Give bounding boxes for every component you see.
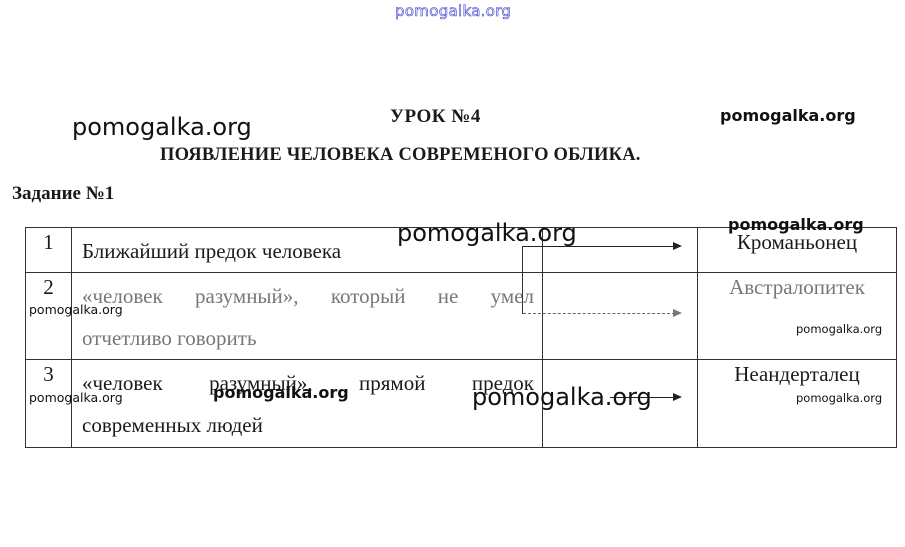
answer-cell: Австралопитек xyxy=(698,273,897,360)
watermark-header-right: pomogalka.org xyxy=(720,106,856,125)
watermark-header-left: pomogalka.org xyxy=(72,113,252,141)
description-line: современных людей xyxy=(82,404,534,446)
watermark-row2-left: pomogalka.org xyxy=(29,302,123,317)
row-description: «человек разумный», который не умел отче… xyxy=(72,273,543,360)
task-heading: Задание №1 xyxy=(12,183,114,205)
description-line: Ближайший предок человека xyxy=(82,239,341,263)
watermark-row3-center: pomogalka.org xyxy=(472,383,652,411)
lesson-title: УРОК №4 xyxy=(390,106,481,128)
answer-cell: Кроманьонец xyxy=(698,228,897,273)
watermark-row2-right: pomogalka.org xyxy=(796,322,882,336)
row-number: 1 xyxy=(26,228,72,273)
arrow-row2-icon xyxy=(523,313,680,314)
connector-vertical-line xyxy=(522,246,523,314)
watermark-row3-left: pomogalka.org xyxy=(29,390,123,405)
description-line: «человек разумный», который не умел xyxy=(82,275,534,317)
table-row: 2 «человек разумный», который не умел от… xyxy=(26,273,897,360)
topic-title: ПОЯВЛЕНИЕ ЧЕЛОВЕКА СОВРЕМЕНОГО ОБЛИКА. xyxy=(160,145,641,166)
watermark-row1-center: pomogalka.org xyxy=(397,219,577,247)
watermark-row1-right: pomogalka.org xyxy=(728,215,864,234)
watermark-top: pomogalka.org xyxy=(395,2,511,20)
description-line: отчетливо говорить xyxy=(82,317,534,359)
watermark-row3-mid: pomogalka.org xyxy=(213,383,349,402)
table-row: 3 «человек разумный», прямой предок совр… xyxy=(26,360,897,448)
watermark-row3-right: pomogalka.org xyxy=(796,391,882,405)
matching-table: 1 Ближайший предок человека Кроманьонец … xyxy=(25,227,897,448)
